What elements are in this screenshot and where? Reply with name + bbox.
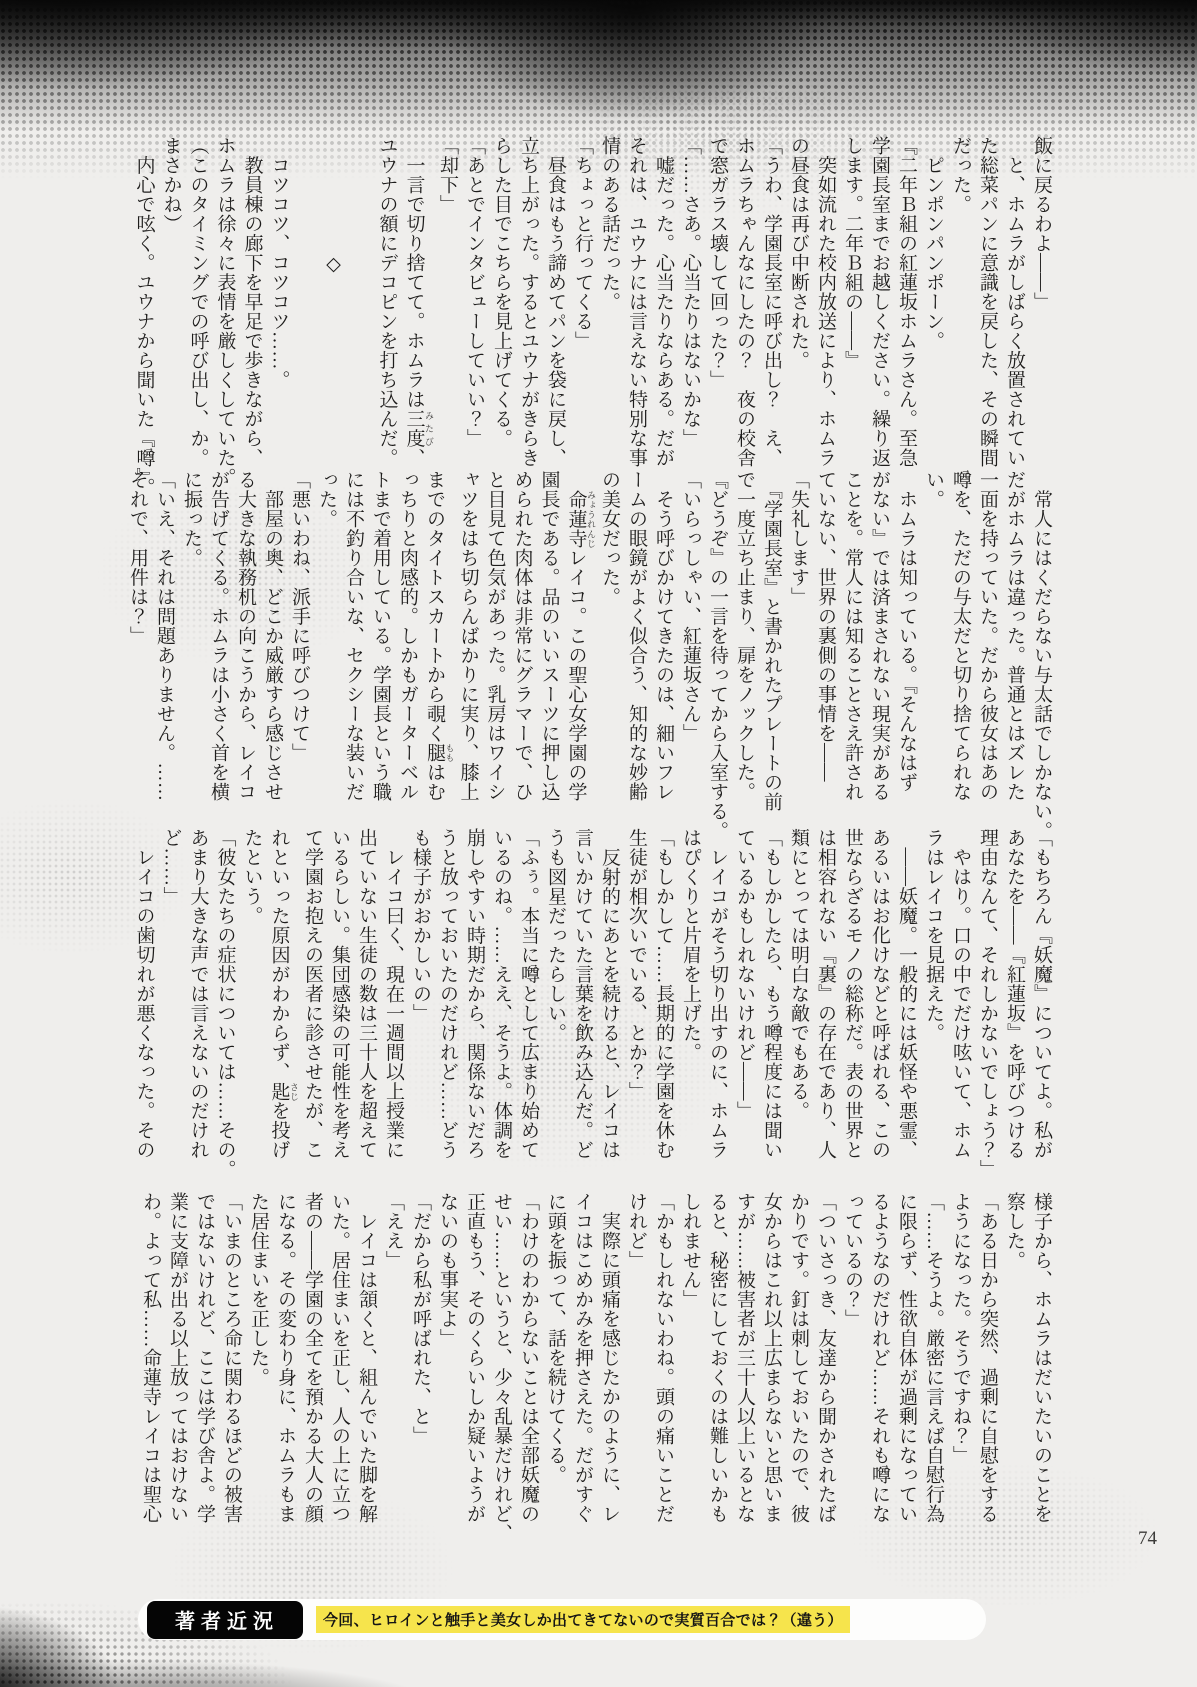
text-column: 「ふぅ。本当に噂として広まり始めて <box>515 828 542 1166</box>
text-column: 生徒が相次いでいる、とか？」 <box>623 828 650 1166</box>
text-column: て学園お抱えの医者に診させたが、こ <box>299 828 326 1166</box>
text-column: るようなのだけれど……それも噂にな <box>866 1192 893 1536</box>
text-column: ――妖魔。一般的には妖怪や悪霊、 <box>893 828 920 1166</box>
text-column: 部屋の奥、どこか威厳すら感じさせ <box>259 470 286 806</box>
text-column: ないのも事実よ」 <box>434 1192 461 1536</box>
text-column: トまで着用している。学園長という職 <box>367 470 394 806</box>
text-column: 噂を、ただの与太だと切り捨てられな <box>947 470 974 806</box>
text-column: と目見て色気があった。乳房はワイシ <box>482 470 509 806</box>
text-column: 一面を持っていた。だから彼女はあの <box>974 470 1001 806</box>
text-column: た総菜パンに意識を戻した、その瞬間 <box>974 136 1001 466</box>
page-number: 74 <box>1138 1528 1157 1550</box>
text-column: 昼食はもう諦めてパンを袋に戻し、 <box>542 136 569 466</box>
text-column: やはり。口の中でだけ呟いて、ホム <box>947 828 974 1166</box>
text-column: も様子がおかしいの」 <box>407 828 434 1166</box>
text-column: 突如流れた校内放送により、ホムラ <box>812 136 839 466</box>
text-column: 情のある話だった。 <box>596 136 623 466</box>
text-column: 崩しやすい時期だから、関係ないだろ <box>461 828 488 1166</box>
text-column: た居住まいを正した。 <box>245 1192 272 1536</box>
text-column: レイコの歯切れが悪くなった。その <box>131 828 158 1166</box>
text-column: けれど」 <box>623 1192 650 1536</box>
text-column: それは、ユウナには言えない特別な事 <box>623 136 650 466</box>
text-column: 反射的にあとを続けると、レイコは <box>596 828 623 1166</box>
text-column: ホムラは徐々に表情を厳しくしていた。 <box>212 136 239 466</box>
text-column: と、ホムラがしばらく放置されてい <box>1001 136 1028 466</box>
text-column <box>293 136 320 466</box>
text-column: 「悪いわね、派手に呼びつけて」 <box>286 470 313 806</box>
text-column: 一言で切り捨てて。ホムラは三度みたび、 <box>401 136 435 466</box>
text-column: 者の――学園の全てを預かる大人の顔 <box>299 1192 326 1536</box>
text-column: いるのね。……ええ、そうよ。体調を <box>488 828 515 1166</box>
text-column: っているの？」 <box>839 1192 866 1536</box>
text-column: 「わけのわからないことは全部妖魔の <box>515 1192 542 1536</box>
text-band-4: 様子から、ホムラはだいたいのことを察した。「ある日から突然、過剰に自慰をするよう… <box>137 1192 1055 1536</box>
text-column: 「ええ」 <box>380 1192 407 1536</box>
text-column: ユウナの額にデコピンを打ち込んだ。 <box>374 136 401 466</box>
text-column: になる。その変わり身に、ホムラもま <box>272 1192 299 1536</box>
text-column: うも図星だったらしい。 <box>542 828 569 1166</box>
text-column: 「もしかしたら、もう噂程度には聞い <box>758 828 785 1166</box>
text-column: ャツをはち切らんばかりに実り、膝上 <box>455 470 482 806</box>
text-column: 「ちょっと行ってくる」 <box>569 136 596 466</box>
text-column: ていない、世界の裏側の事情を―― <box>812 470 839 806</box>
author-status-bar: 著者近況 今回、ヒロインと触手と美女しか出てきてないので実質百合では？（違う） <box>138 1599 986 1640</box>
text-column: 正直もう、そのくらいしか疑いようが <box>461 1192 488 1536</box>
text-column: します。二年Ｂ組の――』 <box>839 136 866 466</box>
text-column: れといった原因がわからず、匙さじを投げ <box>266 828 300 1166</box>
text-column: に振った。 <box>178 470 205 806</box>
text-column: わ。よって私……命蓮寺レイコは聖心 <box>137 1192 164 1536</box>
text-column: ているかもしれないけれど――」 <box>731 828 758 1166</box>
text-band-3: 「もちろん『妖魔』についてよ。私があなたを――『紅蓮坂』を呼びつける理由なんて、… <box>131 828 1056 1166</box>
text-column: には不釣り合いな、セクシーな装いだ <box>340 470 367 806</box>
text-column: コツコツ、コツコツ……。 <box>266 136 293 466</box>
text-column: 常人にはくだらない与太話でしかない。 <box>1028 470 1055 806</box>
author-status-note: 今回、ヒロインと触手と美女しか出てきてないので実質百合では？（違う） <box>316 1606 850 1633</box>
author-status-badge: 著者近況 <box>147 1601 303 1639</box>
text-band-2: 常人にはくだらない与太話でしかない。だがホムラは違った。普通とはズレた一面を持っ… <box>124 470 1055 806</box>
text-column: 教員棟の廊下を早足で歩きながら、 <box>239 136 266 466</box>
text-column: （このタイミングでの呼び出し、か。 <box>185 136 212 466</box>
text-column: だった。 <box>947 136 974 466</box>
text-column: い。 <box>920 470 947 806</box>
text-column: ホムラちゃんなにしたの？ 夜の校舎 <box>731 136 758 466</box>
text-column: ◇ <box>320 136 347 466</box>
text-column: められた肉体は非常にグラマーで、ひ <box>509 470 536 806</box>
text-column: 言いかけていた言葉を飲み込んだ。ど <box>569 828 596 1166</box>
text-column: 「ついさっき、友達から聞かされたば <box>812 1192 839 1536</box>
text-column: 「もちろん『妖魔』についてよ。私が <box>1028 828 1055 1166</box>
text-column: 「……そうよ。厳密に言えば自慰行為 <box>920 1192 947 1536</box>
text-column: で一度立ち止まり、扉をノックした。 <box>731 470 758 806</box>
text-column: 実際に頭痛を感じたかのように、レ <box>596 1192 623 1536</box>
text-column: は相容れない『裏』の存在であり、人 <box>812 828 839 1166</box>
text-column: だがホムラは違った。普通とはズレた <box>1001 470 1028 806</box>
text-column: 業に支障が出る以上放ってはおけない <box>164 1192 191 1536</box>
text-column: かりです。釘は刺しておいたので、彼 <box>785 1192 812 1536</box>
text-column: 「失礼します」 <box>785 470 812 806</box>
text-column: 内心で呟く。ユウナから聞いた『噂』。 <box>131 136 158 466</box>
text-column: 女からはこれ以上広まらないと思いま <box>758 1192 785 1536</box>
text-column: 「もしかして……長期的に学園を休む <box>650 828 677 1166</box>
text-column: あなたを――『紅蓮坂』を呼びつける <box>1001 828 1028 1166</box>
text-column: 『どうぞ』の一言を待ってから入室する。 <box>704 470 731 806</box>
text-column: がない』では済まされない現実がある <box>866 470 893 806</box>
text-column: で窓ガラス壊して回った？」 <box>704 136 731 466</box>
text-column: ホムラは知っている。『そんなはず <box>893 470 920 806</box>
text-column: が告げてくる。ホムラは小さく首を横 <box>205 470 232 806</box>
text-column: 「うわ、学園長室に呼び出し？ え、 <box>758 136 785 466</box>
text-column: ラはレイコを見据えた。 <box>920 828 947 1166</box>
text-column: 立ち上がった。するとユウナがきらき <box>515 136 542 466</box>
text-column: 「彼女たちの症状については……その。 <box>212 828 239 1166</box>
text-column: たという。 <box>239 828 266 1166</box>
text-column: っちりと肉感的。しかもガーターベル <box>394 470 421 806</box>
text-column: 「だから私が呼ばれた、と」 <box>407 1192 434 1536</box>
text-column: 嘘だった。心当たりならある。だが <box>650 136 677 466</box>
text-column: いた。居住まいを正し、人の上に立つ <box>326 1192 353 1536</box>
text-column: イコはこめかみを押さえた。だがすぐ <box>569 1192 596 1536</box>
text-column <box>347 136 374 466</box>
text-column: 様子から、ホムラはだいたいのことを <box>1028 1192 1055 1536</box>
text-column: すが……被害者が三十人以上いるとな <box>731 1192 758 1536</box>
text-column: レイコがそう切り出すのに、ホムラ <box>704 828 731 1166</box>
text-column: ど……」 <box>158 828 185 1166</box>
text-column: あるいはお化けなどと呼ばれる、この <box>866 828 893 1166</box>
text-column: 学園長室までお越しください。繰り返 <box>866 136 893 466</box>
text-column: まさかね） <box>158 136 185 466</box>
text-column: らした目でこちらを見上げてくる。 <box>488 136 515 466</box>
text-column: 命蓮寺みょうれんじレイコ。この聖心女学園の学 <box>563 470 597 806</box>
text-column: ームの眼鏡がよく似合う、知的な妙齢 <box>623 470 650 806</box>
text-column: る大きな執務机の向こうから、レイコ <box>232 470 259 806</box>
text-column: 世ならざるモノの総称だ。表の世界と <box>839 828 866 1166</box>
text-column: そう呼びかけてきたのは、細いフレ <box>650 470 677 806</box>
text-column: 「ある日から突然、過剰に自慰をする <box>974 1192 1001 1536</box>
text-column: 飯に戻るわよ――」 <box>1028 136 1055 466</box>
text-column: ことを。常人には知ることさえ許され <box>839 470 866 806</box>
text-column: 出ていない生徒の数は三十人を超えて <box>353 828 380 1166</box>
text-column: に頭を振って、話を続けてくる。 <box>542 1192 569 1536</box>
text-column: の昼食は再び中断された。 <box>785 136 812 466</box>
text-column: あまり大きな声では言えないのだけれ <box>185 828 212 1166</box>
text-column: レイコは頷くと、組んでいた脚を解 <box>353 1192 380 1536</box>
text-column: 「いえ、それは問題ありません。…… <box>151 470 178 806</box>
text-column: いるらしい。集団感染の可能性を考え <box>326 828 353 1166</box>
text-column: 察した。 <box>1001 1192 1028 1536</box>
text-column: レイコ曰く、現在一週間以上授業に <box>380 828 407 1166</box>
text-column: うと放っておいたのだけれど……どう <box>434 828 461 1166</box>
novel-page: { "page": { "number": "74" }, "story": {… <box>0 0 1197 1687</box>
text-band-1: 飯に戻るわよ――」 と、ホムラがしばらく放置されていた総菜パンに意識を戻した、そ… <box>131 136 1056 466</box>
text-column: に限らず、性欲自体が過剰になってい <box>893 1192 920 1536</box>
text-column: 「いらっしゃい、紅蓮坂さん」 <box>677 470 704 806</box>
text-column: 園長である。品のいいスーツに押し込 <box>536 470 563 806</box>
text-column: 「あとでインタビューしていい？」 <box>461 136 488 466</box>
text-column: 「却下」 <box>434 136 461 466</box>
text-column: 類にとっては明白な敵でもある。 <box>785 828 812 1166</box>
text-column: ではないけれど、ここは学び舎よ。学 <box>191 1192 218 1536</box>
text-column: の美女だった。 <box>596 470 623 806</box>
text-column: それで、用件は？」 <box>124 470 151 806</box>
text-column: 『二年Ｂ組の紅蓮坂ホムラさん。至急 <box>893 136 920 466</box>
text-column: はぴくりと片眉を上げた。 <box>677 828 704 1166</box>
text-column: 「かもしれないわね。頭の痛いことだ <box>650 1192 677 1536</box>
text-column: ピンポンパンポーン。 <box>920 136 947 466</box>
text-column: せい……というと、少々乱暴だけれど、 <box>488 1192 515 1536</box>
text-column: 『学園長室』と書かれたプレートの前 <box>758 470 785 806</box>
text-column: 「いまのところ命に関わるほどの被害 <box>218 1192 245 1536</box>
text-column: った。 <box>313 470 340 806</box>
text-column: までのタイトスカートから覗く腿ももはむ <box>421 470 455 806</box>
text-column: ようになった。そうですね？」 <box>947 1192 974 1536</box>
text-column: ると、秘密にしておくのは難しいかも <box>704 1192 731 1536</box>
text-column: 「……さあ。心当たりはないかな」 <box>677 136 704 466</box>
text-column: 理由なんて、それしかないでしょう？」 <box>974 828 1001 1166</box>
text-column: しれません」 <box>677 1192 704 1536</box>
